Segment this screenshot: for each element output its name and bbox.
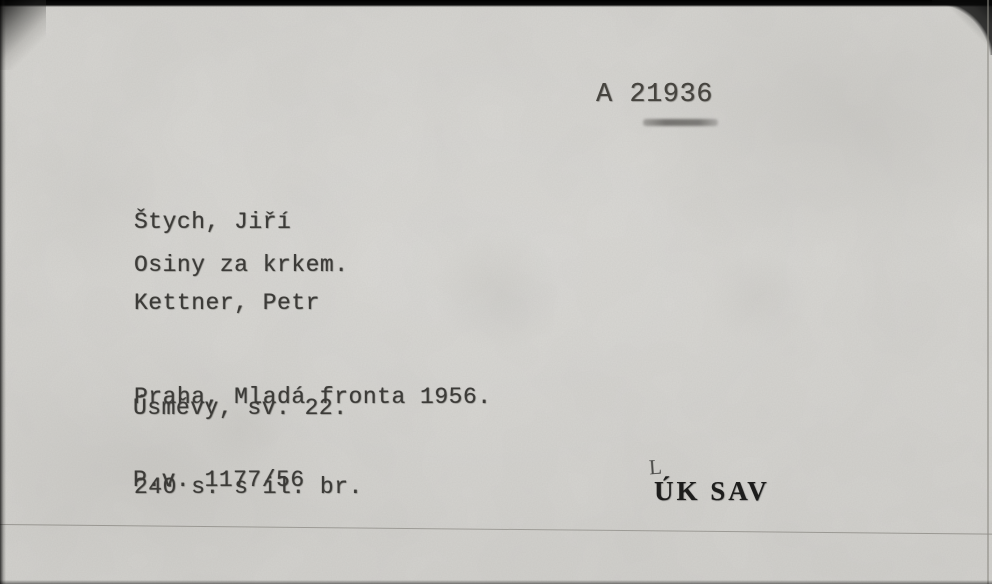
scan-edge-bottom <box>0 580 992 584</box>
scan-edge-top <box>0 0 992 7</box>
scan-edge-left <box>0 0 6 584</box>
call-number: A 21936 <box>596 82 713 109</box>
author-line-2: Kettner, Petr <box>134 290 320 317</box>
call-number-underline <box>643 119 718 126</box>
card-corner-top-left <box>0 0 46 70</box>
accession-number: P.v. 1177/56 <box>133 467 305 494</box>
library-stamp: ÚK SAV <box>654 476 770 507</box>
card-corner-top-right <box>932 0 992 55</box>
author-line-1: Štych, Jiří <box>134 209 320 236</box>
book-title: Osiny za krkem. <box>134 252 349 279</box>
card-edge-right <box>987 0 989 584</box>
catalog-card: A 21936 Štych, Jiří Kettner, Petr Osiny … <box>0 0 992 584</box>
series-statement: Úsměvy, sv. 22. <box>133 395 348 422</box>
